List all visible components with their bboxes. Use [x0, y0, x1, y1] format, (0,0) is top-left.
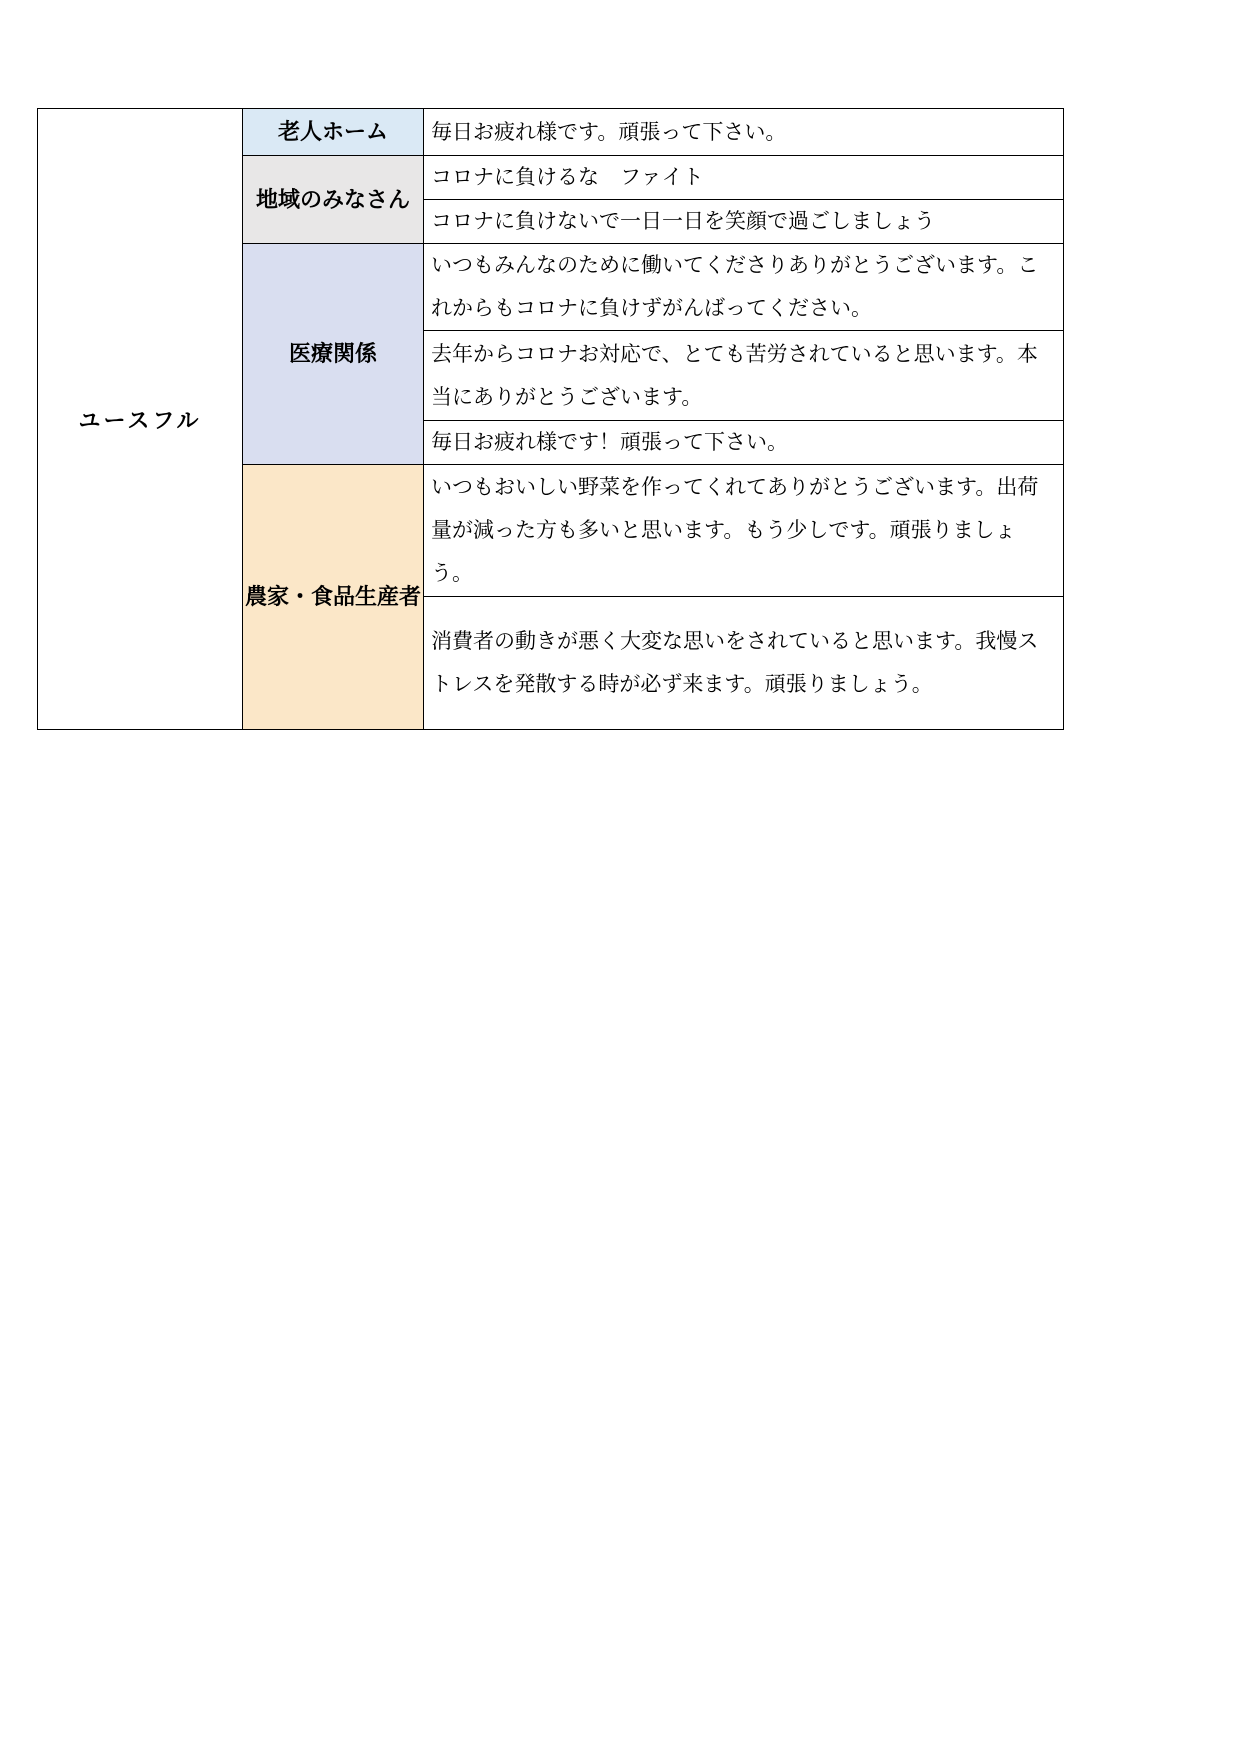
group-label-cell: ユースフル: [38, 109, 243, 730]
messages-table: ユースフル 老人ホーム 毎日お疲れ様です。頑張って下さい。 地域のみなさん コロ…: [37, 108, 1064, 730]
category-cell-local-residents: 地域のみなさん: [243, 156, 424, 244]
category-cell-medical: 医療関係: [243, 244, 424, 465]
message-cell: 毎日お疲れ様です！頑張って下さい。: [424, 421, 1064, 465]
category-cell-farmers-food-producers: 農家・食品生産者: [243, 465, 424, 730]
message-cell: いつもみんなのために働いてくださりありがとうございます。これからもコロナに負けず…: [424, 244, 1064, 331]
message-cell: 去年からコロナお対応で、とても苦労されていると思います。本当にありがとうございま…: [424, 331, 1064, 421]
message-cell: コロナに負けないで一日一日を笑顔で過ごしましょう: [424, 200, 1064, 244]
message-cell: 消費者の動きが悪く大変な思いをされていると思います。我慢ストレスを発散する時が必…: [424, 597, 1064, 730]
category-cell-nursing-home: 老人ホーム: [243, 109, 424, 156]
message-cell: コロナに負けるな ファイト: [424, 156, 1064, 200]
message-cell: いつもおいしい野菜を作ってくれてありがとうございます。出荷量が減った方も多いと思…: [424, 465, 1064, 597]
document-page: ユースフル 老人ホーム 毎日お疲れ様です。頑張って下さい。 地域のみなさん コロ…: [0, 0, 1241, 1755]
message-cell: 毎日お疲れ様です。頑張って下さい。: [424, 109, 1064, 156]
table-row: ユースフル 老人ホーム 毎日お疲れ様です。頑張って下さい。: [38, 109, 1064, 156]
